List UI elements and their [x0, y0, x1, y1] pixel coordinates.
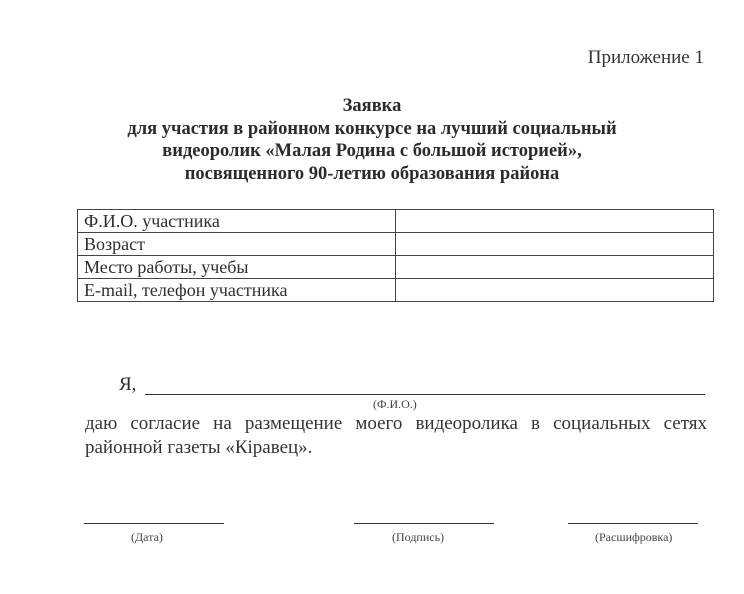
row-value-contact[interactable] — [396, 279, 714, 302]
table-row: Место работы, учебы — [78, 256, 714, 279]
document-title: Заявка для участия в районном конкурсе н… — [0, 95, 744, 185]
row-value-age[interactable] — [396, 233, 714, 256]
table-row: E-mail, телефон участника — [78, 279, 714, 302]
signature-input-line[interactable] — [354, 523, 494, 524]
consent-line-2: районной газеты «Кiравец». — [85, 436, 707, 460]
consent-text: даю согласие на размещение моего видеоро… — [85, 412, 707, 460]
table-row: Ф.И.О. участника — [78, 210, 714, 233]
row-value-workplace[interactable] — [396, 256, 714, 279]
row-label-workplace: Место работы, учебы — [78, 256, 396, 279]
title-line-3: видеоролик «Малая Родина с большой истор… — [0, 140, 744, 163]
date-caption: (Дата) — [131, 530, 163, 545]
signature-caption: (Подпись) — [392, 530, 444, 545]
participant-form-table: Ф.И.О. участника Возраст Место работы, у… — [77, 209, 714, 302]
row-label-contact: E-mail, телефон участника — [78, 279, 396, 302]
row-value-name[interactable] — [396, 210, 714, 233]
title-line-1: Заявка — [0, 95, 744, 118]
date-input-line[interactable] — [84, 523, 224, 524]
decoding-caption: (Расшифровка) — [595, 530, 672, 545]
consent-prefix: Я, — [119, 374, 136, 396]
table-row: Возраст — [78, 233, 714, 256]
decoding-input-line[interactable] — [568, 523, 698, 524]
name-caption: (Ф.И.О.) — [373, 397, 417, 412]
title-line-2: для участия в районном конкурсе на лучши… — [0, 118, 744, 141]
row-label-name: Ф.И.О. участника — [78, 210, 396, 233]
consent-line-1: даю согласие на размещение моего видеоро… — [85, 412, 707, 436]
row-label-age: Возраст — [78, 233, 396, 256]
appendix-label: Приложение 1 — [588, 47, 704, 69]
title-line-4: посвященного 90-летию образования района — [0, 163, 744, 186]
name-input-line[interactable] — [145, 394, 705, 395]
